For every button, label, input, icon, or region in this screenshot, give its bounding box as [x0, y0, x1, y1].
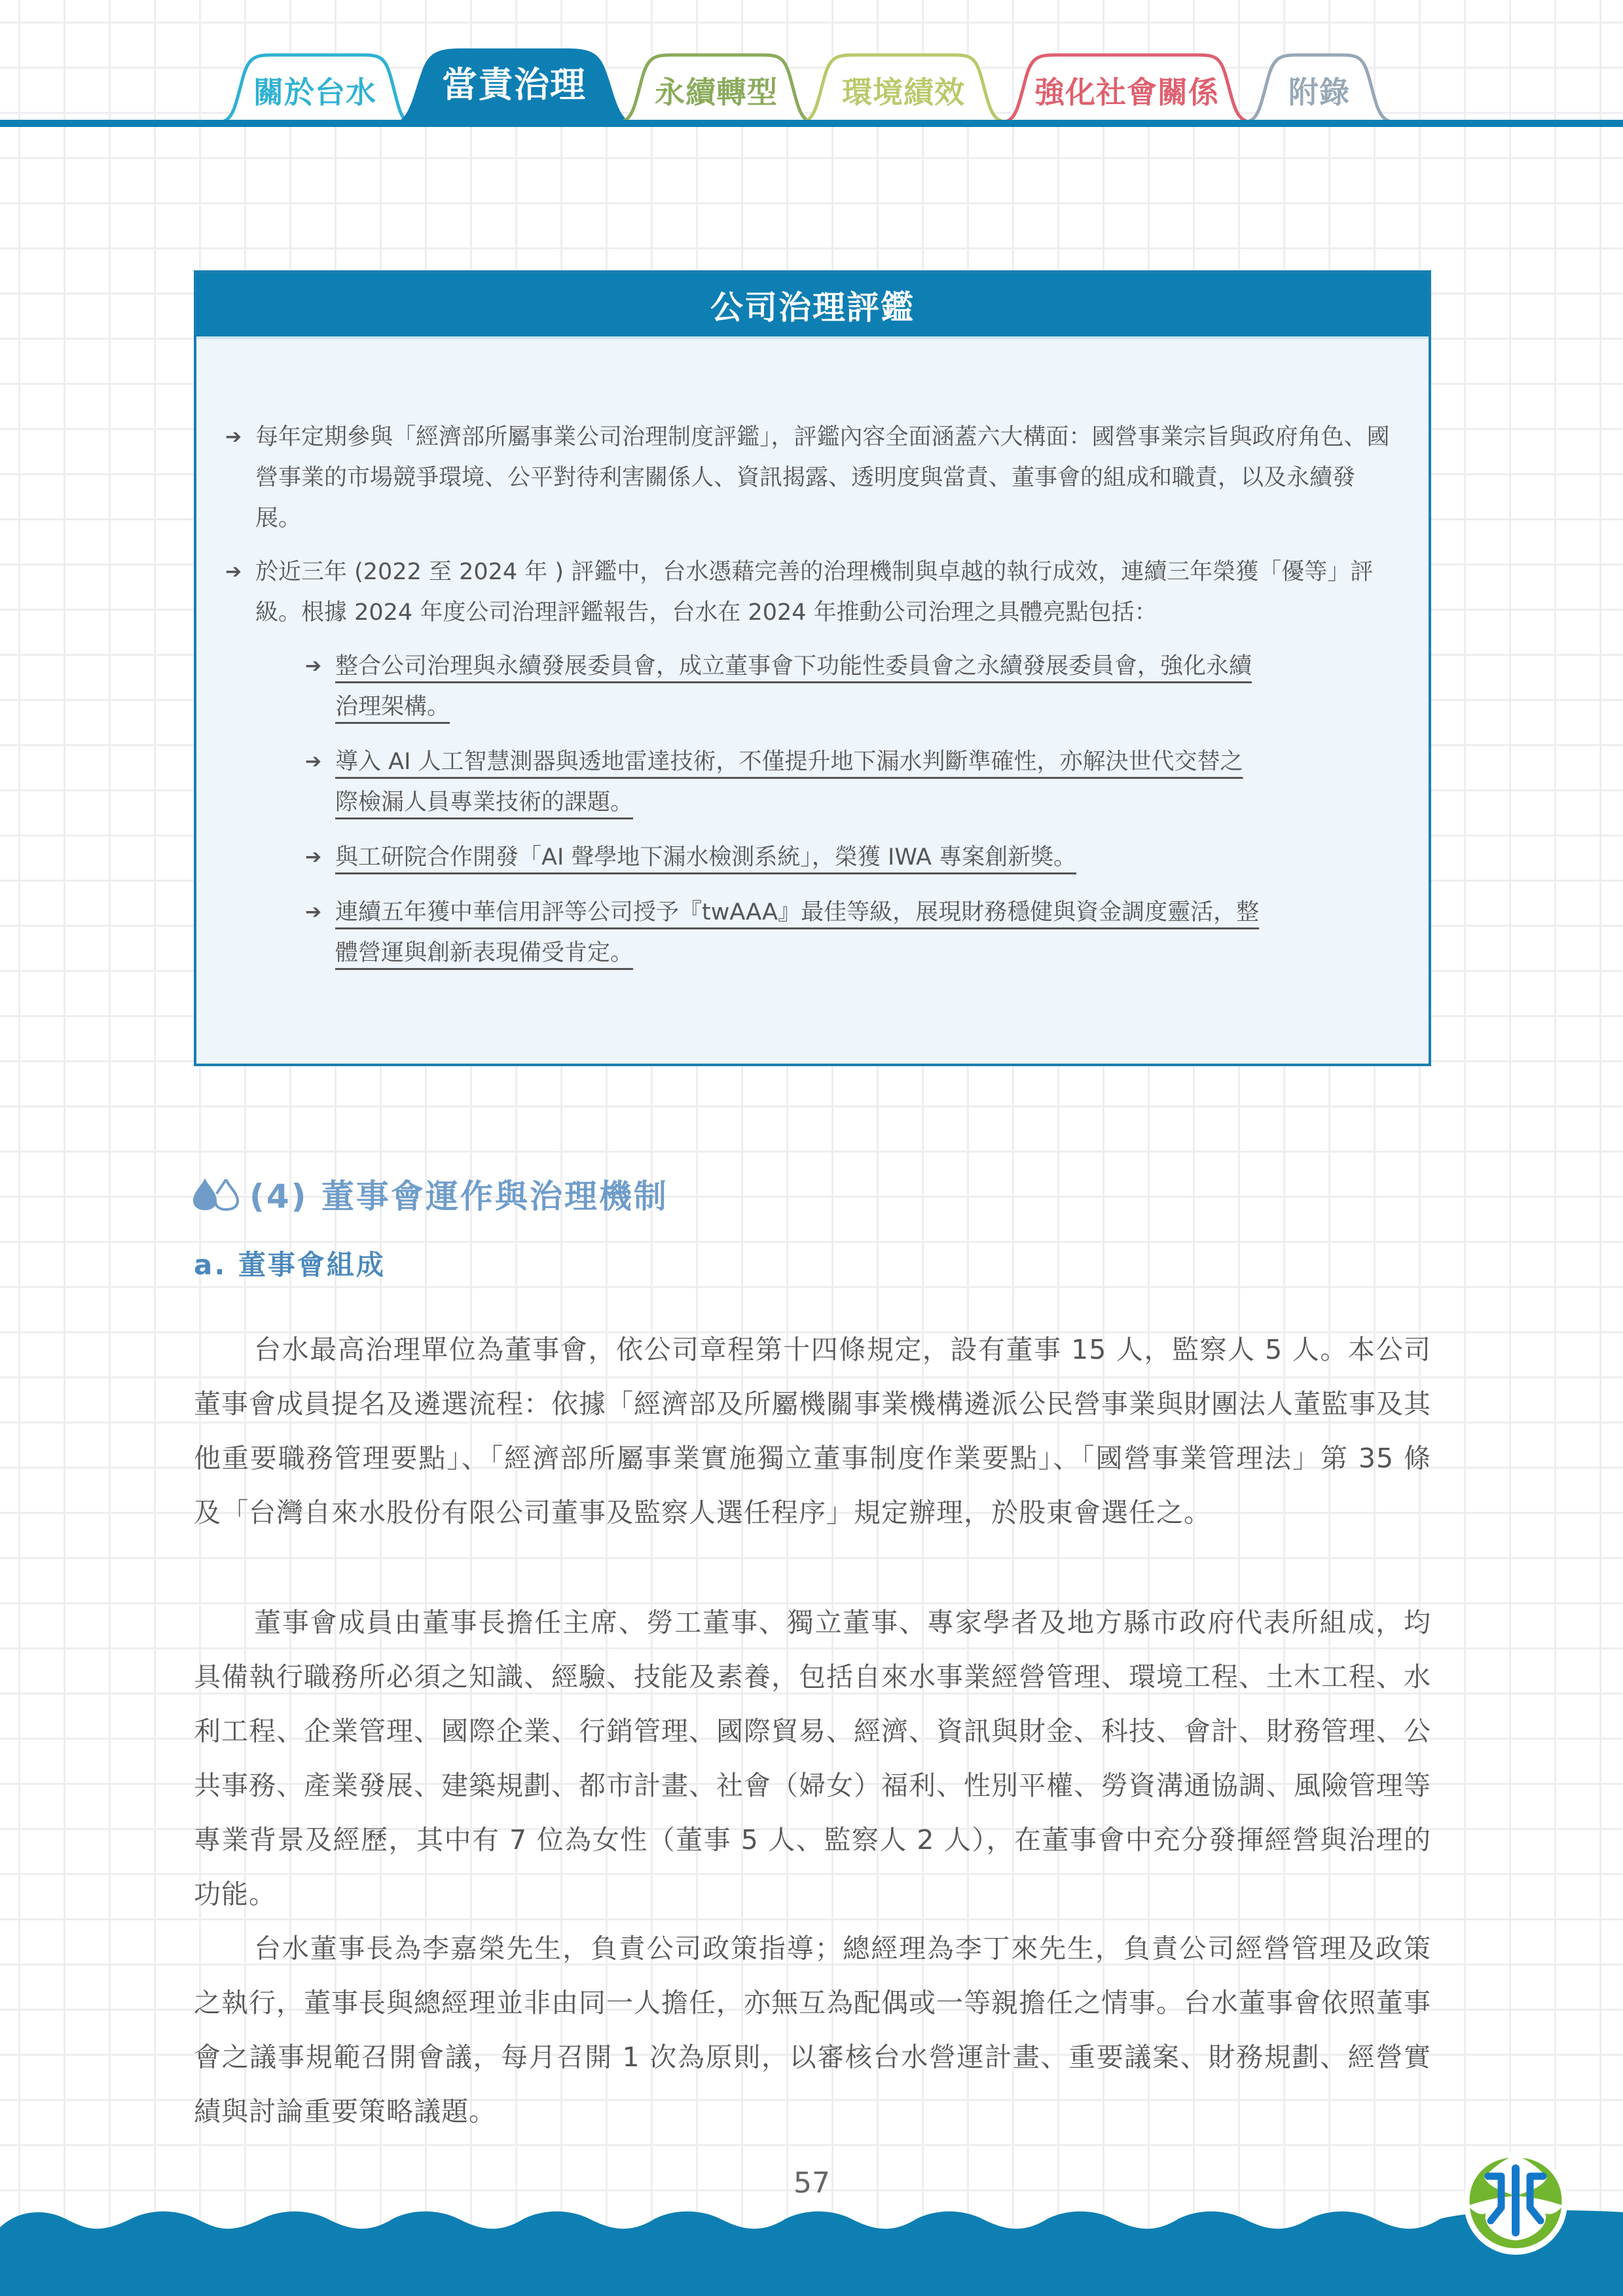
bullet-text: 每年定期參與「經濟部所屬事業公司治理制度評鑑」，評鑑內容全面涵蓋六大構面：國營事…	[255, 424, 1390, 531]
bullet-item: ➔ 於近三年 (2022 至 2024 年 ) 評鑑中，台水憑藉完善的治理機制與…	[225, 552, 1397, 633]
body-paragraph: 台水最高治理單位為董事會，依公司章程第十四條規定，設有董事 15 人，監察人 5…	[194, 1323, 1431, 1540]
highlight-item: ➔ 導入 AI 人工智慧測器與透地雷達技術，不僅提升地下漏水判斷準確性，亦解決世…	[305, 742, 1261, 823]
tab-label: 附錄	[1288, 62, 1350, 112]
highlight-item: ➔ 整合公司治理與永續發展委員會，成立董事會下功能性委員會之永續發展委員會，強化…	[305, 646, 1261, 727]
highlight-item: ➔ 連續五年獲中華信用評等公司授予『twAAA』最佳等級，展現財務穩健與資金調度…	[305, 892, 1261, 973]
bullet-text: 於近三年 (2022 至 2024 年 ) 評鑑中，台水憑藉完善的治理機制與卓越…	[255, 559, 1373, 626]
section-title-text: (4) 董事會運作與治理機制	[249, 1170, 668, 1217]
page-number: 57	[773, 2166, 851, 2200]
subsection-heading: a. 董事會組成	[194, 1244, 386, 1283]
tab-social-relations[interactable]: 強化社會關係	[1006, 52, 1248, 121]
governance-evaluation-box: 公司治理評鑑 ➔ 每年定期參與「經濟部所屬事業公司治理制度評鑑」，評鑑內容全面涵…	[194, 270, 1431, 1066]
tab-about-taiwan-water[interactable]: 關於台水	[223, 52, 407, 121]
bullet-item: ➔ 每年定期參與「經濟部所屬事業公司治理制度評鑑」，評鑑內容全面涵蓋六大構面：國…	[225, 417, 1397, 539]
box-body: ➔ 每年定期參與「經濟部所屬事業公司治理制度評鑑」，評鑑內容全面涵蓋六大構面：國…	[225, 417, 1397, 988]
tab-label: 關於台水	[253, 62, 376, 112]
highlight-text: 導入 AI 人工智慧測器與透地雷達技術，不僅提升地下漏水判斷準確性，亦解決世代交…	[335, 749, 1243, 816]
body-paragraph: 台水董事長為李嘉榮先生，負責公司政策指導；總經理為李丁來先生，負責公司經營管理及…	[194, 1922, 1431, 2139]
arrow-right-icon: ➔	[305, 646, 321, 687]
highlight-text: 連續五年獲中華信用評等公司授予『twAAA』最佳等級，展現財務穩健與資金調度靈活…	[335, 899, 1259, 966]
tab-accountable-governance[interactable]: 當責治理	[395, 47, 632, 122]
section-heading: (4) 董事會運作與治理機制	[192, 1170, 668, 1217]
tab-appendix[interactable]: 附錄	[1248, 52, 1391, 121]
highlight-text: 整合公司治理與永續發展委員會，成立董事會下功能性委員會之永續發展委員會，強化永續…	[335, 653, 1252, 720]
arrow-right-icon: ➔	[305, 742, 321, 782]
tab-label: 當責治理	[442, 57, 586, 107]
taiwan-water-logo	[1463, 2150, 1568, 2256]
chapter-tab-bar: 關於台水 當責治理 永續轉型 環境績效 強化社會關係 附錄	[0, 0, 1623, 131]
tab-label: 永續轉型	[655, 62, 778, 112]
arrow-right-icon: ➔	[305, 892, 321, 933]
arrow-right-icon: ➔	[305, 837, 321, 878]
box-title: 公司治理評鑑	[196, 273, 1429, 339]
tab-label: 環境績效	[842, 62, 965, 112]
footer-wave	[0, 2206, 1623, 2296]
tab-environmental-performance[interactable]: 環境績效	[804, 52, 1003, 121]
arrow-right-icon: ➔	[225, 417, 242, 457]
highlights-list: ➔ 整合公司治理與永續發展委員會，成立董事會下功能性委員會之永續發展委員會，強化…	[305, 646, 1261, 973]
highlight-item: ➔ 與工研院合作開發「AI 聲學地下漏水檢測系統」，榮獲 IWA 專案創新獎。	[305, 837, 1261, 878]
body-paragraph: 董事會成員由董事長擔任主席、勞工董事、獨立董事、專家學者及地方縣市政府代表所組成…	[194, 1596, 1431, 1922]
tab-sustainable-transformation[interactable]: 永續轉型	[622, 52, 811, 121]
tab-label: 強化社會關係	[1034, 62, 1219, 112]
arrow-right-icon: ➔	[225, 552, 242, 592]
tab-baseline-bar	[0, 120, 1623, 127]
highlight-text: 與工研院合作開發「AI 聲學地下漏水檢測系統」，榮獲 IWA 專案創新獎。	[335, 844, 1076, 870]
water-drops-icon	[192, 1177, 242, 1211]
